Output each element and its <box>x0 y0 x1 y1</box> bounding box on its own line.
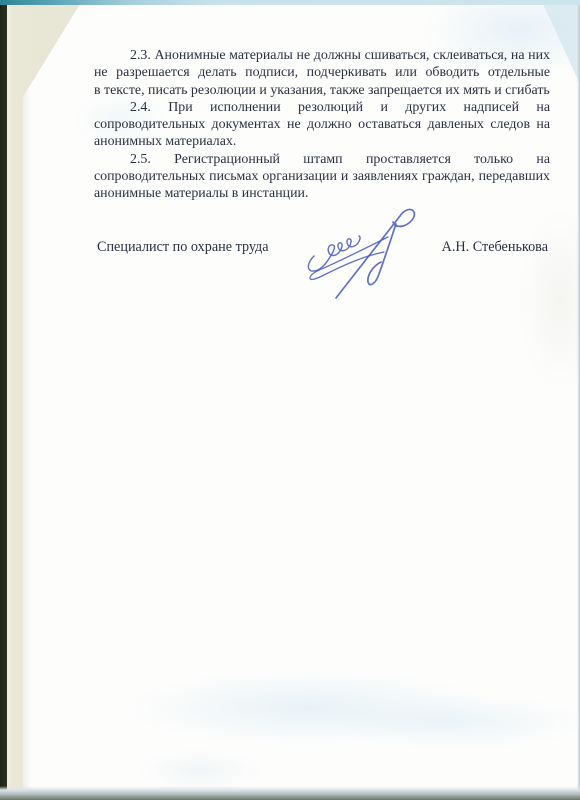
paragraph-line: 2.5. Регистрационный штамп проставляется… <box>94 151 550 168</box>
paragraph-line: 2.4. При исполнении резолюций и других н… <box>94 99 550 116</box>
paragraph-line: сопроводительных документах не должно ос… <box>94 116 550 133</box>
scanner-bottom-edge <box>0 786 580 800</box>
paragraph-line: не разрешается делать подписи, подчеркив… <box>94 64 550 81</box>
signatory-name: А.Н. Стебенькова <box>442 237 548 257</box>
page-edge-shadow <box>22 90 31 796</box>
backing-sheet-corner <box>7 4 87 800</box>
paragraph-line: сопроводительных письмах организации и з… <box>94 168 550 185</box>
signatory-role: Специалист по охране труда <box>97 237 269 257</box>
scanner-top-edge <box>0 0 580 5</box>
scanner-left-edge <box>0 4 7 800</box>
scanned-page: 2.3. Анонимные материалы не должны сшива… <box>0 0 580 800</box>
handwritten-signature <box>298 198 426 302</box>
document-body: 2.3. Анонимные материалы не должны сшива… <box>94 47 550 203</box>
paragraph-line: в тексте, писать резолюции и указания, т… <box>94 82 550 99</box>
paragraph-line: анонимных материалах. <box>94 133 550 150</box>
paragraph-line: 2.3. Анонимные материалы не должны сшива… <box>94 47 550 64</box>
